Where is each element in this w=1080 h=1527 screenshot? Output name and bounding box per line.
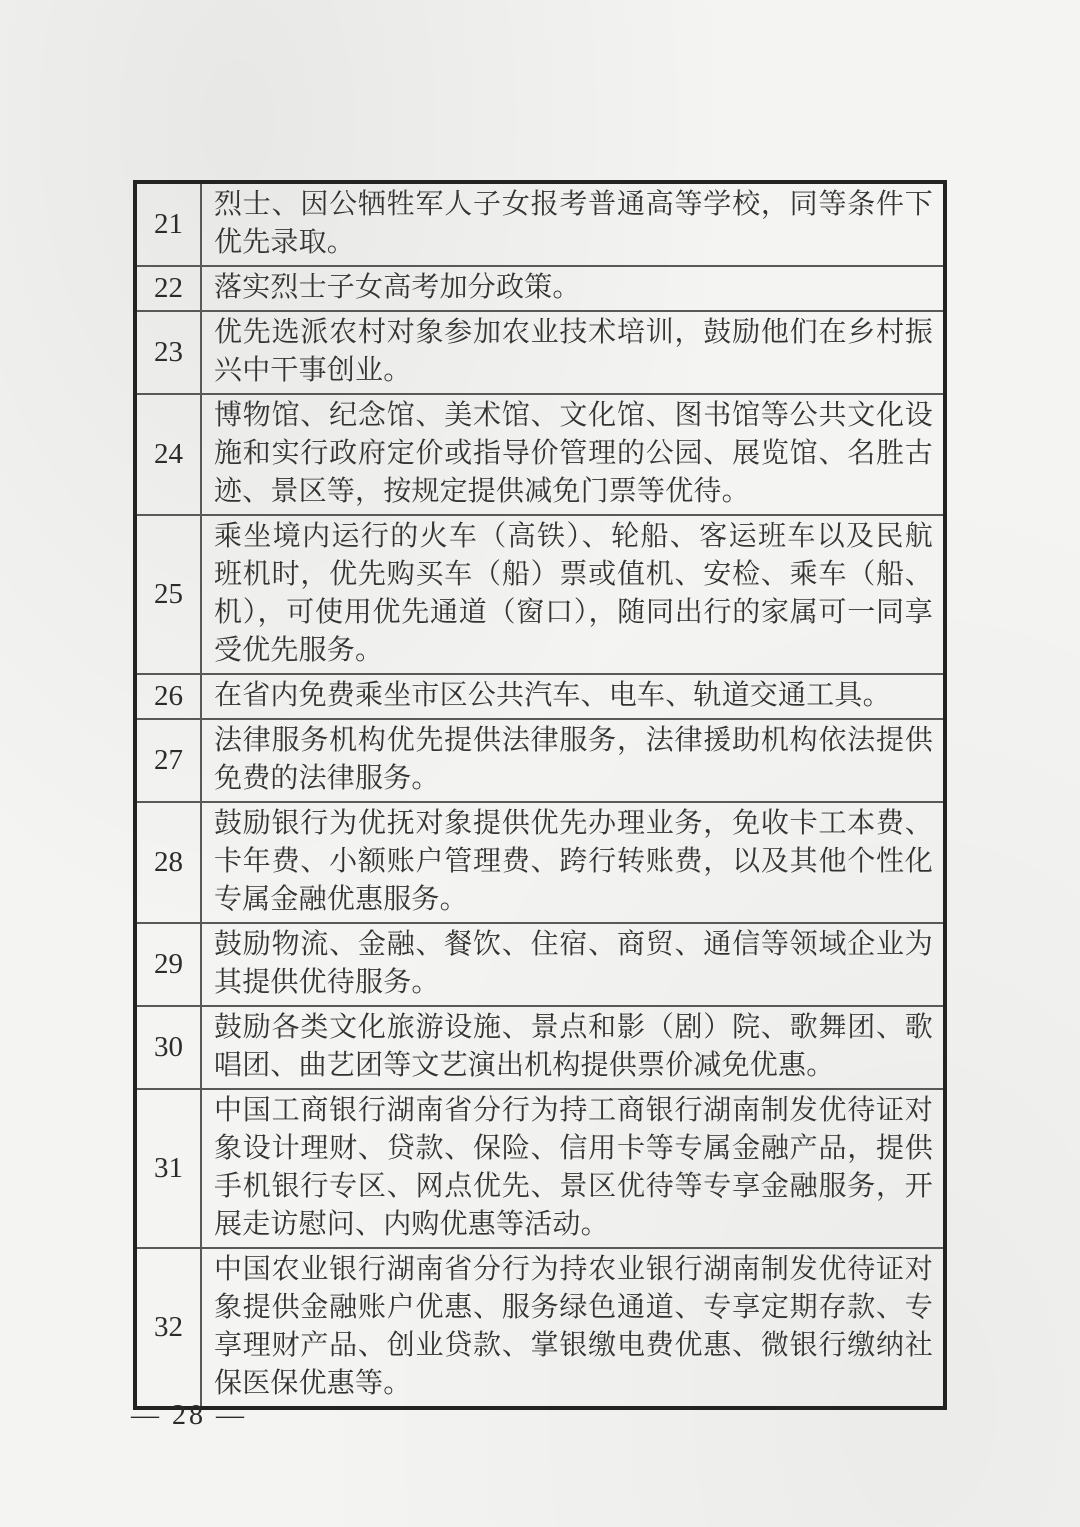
row-number-cell: 22 [135, 266, 201, 311]
table-row: 26 在省内免费乘坐市区公共汽车、电车、轨道交通工具。 [135, 674, 945, 719]
row-text-cell: 在省内免费乘坐市区公共汽车、电车、轨道交通工具。 [201, 674, 945, 719]
benefits-table: 21 烈士、因公牺牲军人子女报考普通高等学校，同等条件下优先录取。 22 落实烈… [133, 180, 947, 1410]
row-number-cell: 23 [135, 311, 201, 394]
row-text-cell: 博物馆、纪念馆、美术馆、文化馆、图书馆等公共文化设施和实行政府定价或指导价管理的… [201, 394, 945, 515]
table-row: 30 鼓励各类文化旅游设施、景点和影（剧）院、歌舞团、歌唱团、曲艺团等文艺演出机… [135, 1006, 945, 1089]
table-row: 31 中国工商银行湖南省分行为持工商银行湖南制发优待证对象设计理财、贷款、保险、… [135, 1089, 945, 1248]
document-page: 21 烈士、因公牺牲军人子女报考普通高等学校，同等条件下优先录取。 22 落实烈… [0, 0, 1080, 1527]
row-text-cell: 鼓励银行为优抚对象提供优先办理业务，免收卡工本费、卡年费、小额账户管理费、跨行转… [201, 802, 945, 923]
row-number-cell: 30 [135, 1006, 201, 1089]
row-number-cell: 21 [135, 182, 201, 266]
row-text-cell: 中国农业银行湖南省分行为持农业银行湖南制发优待证对象提供金融账户优惠、服务绿色通… [201, 1248, 945, 1408]
table-row: 22 落实烈士子女高考加分政策。 [135, 266, 945, 311]
row-number-cell: 32 [135, 1248, 201, 1408]
row-number-cell: 27 [135, 719, 201, 802]
row-text-cell: 鼓励物流、金融、餐饮、住宿、商贸、通信等领域企业为其提供优待服务。 [201, 923, 945, 1006]
row-text-cell: 中国工商银行湖南省分行为持工商银行湖南制发优待证对象设计理财、贷款、保险、信用卡… [201, 1089, 945, 1248]
row-number-cell: 25 [135, 515, 201, 674]
table-row: 25 乘坐境内运行的火车（高铁）、轮船、客运班车以及民航班机时，优先购买车（船）… [135, 515, 945, 674]
table-row: 21 烈士、因公牺牲军人子女报考普通高等学校，同等条件下优先录取。 [135, 182, 945, 266]
table-row: 23 优先选派农村对象参加农业技术培训，鼓励他们在乡村振兴中干事创业。 [135, 311, 945, 394]
page-number: — 28 — [131, 1400, 247, 1432]
row-text-cell: 优先选派农村对象参加农业技术培训，鼓励他们在乡村振兴中干事创业。 [201, 311, 945, 394]
table-row: 32 中国农业银行湖南省分行为持农业银行湖南制发优待证对象提供金融账户优惠、服务… [135, 1248, 945, 1408]
row-number-cell: 28 [135, 802, 201, 923]
benefits-table-body: 21 烈士、因公牺牲军人子女报考普通高等学校，同等条件下优先录取。 22 落实烈… [135, 182, 945, 1408]
row-number-cell: 29 [135, 923, 201, 1006]
row-text-cell: 法律服务机构优先提供法律服务，法律援助机构依法提供免费的法律服务。 [201, 719, 945, 802]
table-row: 24 博物馆、纪念馆、美术馆、文化馆、图书馆等公共文化设施和实行政府定价或指导价… [135, 394, 945, 515]
row-number-cell: 24 [135, 394, 201, 515]
table-row: 29 鼓励物流、金融、餐饮、住宿、商贸、通信等领域企业为其提供优待服务。 [135, 923, 945, 1006]
row-text-cell: 烈士、因公牺牲军人子女报考普通高等学校，同等条件下优先录取。 [201, 182, 945, 266]
row-text-cell: 乘坐境内运行的火车（高铁）、轮船、客运班车以及民航班机时，优先购买车（船）票或值… [201, 515, 945, 674]
row-number-cell: 26 [135, 674, 201, 719]
table-row: 27 法律服务机构优先提供法律服务，法律援助机构依法提供免费的法律服务。 [135, 719, 945, 802]
row-text-cell: 落实烈士子女高考加分政策。 [201, 266, 945, 311]
table-row: 28 鼓励银行为优抚对象提供优先办理业务，免收卡工本费、卡年费、小额账户管理费、… [135, 802, 945, 923]
row-number-cell: 31 [135, 1089, 201, 1248]
row-text-cell: 鼓励各类文化旅游设施、景点和影（剧）院、歌舞团、歌唱团、曲艺团等文艺演出机构提供… [201, 1006, 945, 1089]
